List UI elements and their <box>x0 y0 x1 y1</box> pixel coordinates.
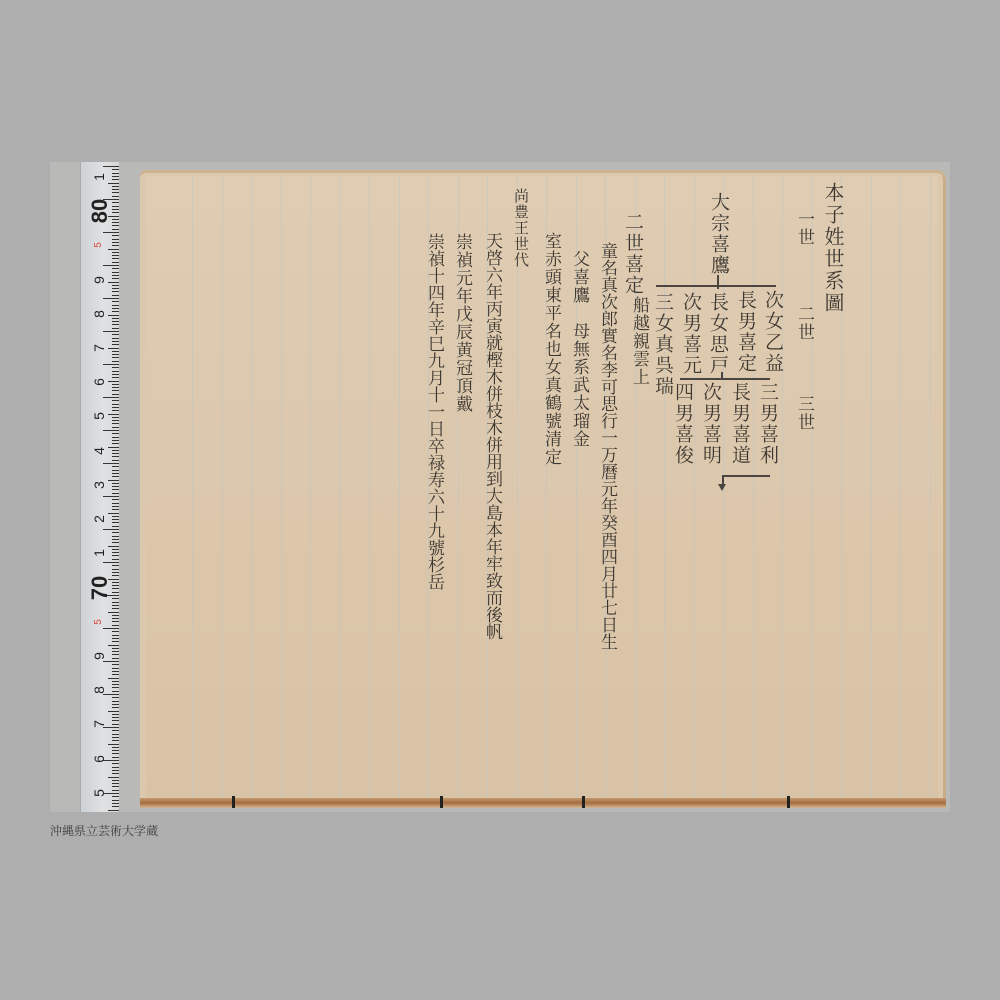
ruler-tick <box>112 433 119 434</box>
ruler-tick <box>112 235 119 236</box>
tree-grandchild: 三男喜利 <box>757 382 779 466</box>
ruler-tick <box>112 242 119 243</box>
binding-stitch <box>582 796 585 808</box>
ruler-tick <box>112 440 119 441</box>
tree-connector <box>680 378 770 380</box>
ruler-tick <box>112 318 119 319</box>
ruler-tick <box>112 219 119 220</box>
ruler-tick <box>112 255 119 256</box>
ruler-tick <box>112 225 119 226</box>
bio-line: 父喜鷹 母無系武太瑠金 <box>568 250 590 448</box>
ruler-tick <box>112 456 119 457</box>
ruler-tick <box>108 711 119 712</box>
ruler-tick <box>112 516 119 517</box>
ruler-tick <box>103 463 119 464</box>
ruler-tick <box>112 466 119 467</box>
ruler-tick <box>108 678 119 679</box>
ruler-tick <box>112 780 119 781</box>
ruler-tick <box>112 582 119 583</box>
ruler-tick <box>112 460 119 461</box>
tree-spouse-note: 船越親雲上 <box>628 296 650 386</box>
ruler-label: 5 <box>92 612 106 632</box>
tree-child: 長女思戸 <box>707 292 729 376</box>
page-rule-line <box>192 176 193 798</box>
page-rule-line <box>399 176 400 798</box>
ruler-tick <box>112 631 119 632</box>
ruler-tick <box>112 532 119 533</box>
generation-2-label: 二世 <box>793 305 815 341</box>
ruler-tick <box>112 192 119 193</box>
ruler-tick <box>112 420 119 421</box>
ruler-tick <box>112 272 119 273</box>
ruler-tick <box>112 357 119 358</box>
tree-founder: 大宗喜鷹 <box>708 192 730 276</box>
ruler-tick <box>112 486 119 487</box>
ruler-tick <box>112 522 119 523</box>
ruler-tick <box>112 377 119 378</box>
bio-line: 天啓六年丙寅就樫木併枝木併用到大島本年牢致而後帆 <box>481 232 503 640</box>
ruler-tick <box>112 239 119 240</box>
ruler-tick <box>112 176 119 177</box>
ruler-tick <box>112 767 119 768</box>
document-title: 本子姓世系圖 <box>822 182 844 314</box>
page-rule-line <box>812 176 813 798</box>
page-rule-line <box>281 176 282 798</box>
ruler-tick <box>112 714 119 715</box>
ruler-tick <box>112 186 119 187</box>
ruler-tick <box>112 734 119 735</box>
tree-grandchild: 長男喜道 <box>729 382 751 466</box>
page-rule-line <box>369 176 370 798</box>
page-rule-line <box>340 176 341 798</box>
ruler-tick <box>112 384 119 385</box>
ruler-tick <box>112 674 119 675</box>
ruler-tick <box>103 397 119 398</box>
ruler-tick <box>103 364 119 365</box>
ruler-tick <box>112 410 119 411</box>
ruler-tick <box>112 400 119 401</box>
ruler-tick <box>112 305 119 306</box>
ruler-label: 5 <box>92 406 106 426</box>
ruler-tick <box>112 790 119 791</box>
ruler-tick <box>112 450 119 451</box>
ruler-label: 6 <box>92 749 106 769</box>
ruler-tick <box>112 354 119 355</box>
tree-connector <box>717 275 719 289</box>
ruler-tick <box>112 476 119 477</box>
ruler-tick <box>112 262 119 263</box>
ruler-tick <box>112 783 119 784</box>
ruler-tick <box>112 417 119 418</box>
ruler-tick <box>108 282 119 283</box>
binding-stitch <box>787 796 790 808</box>
ruler-tick <box>112 658 119 659</box>
ruler-tick <box>112 245 119 246</box>
ruler-tick <box>112 252 119 253</box>
ruler-tick <box>112 757 119 758</box>
ruler-label: 7 <box>92 338 106 358</box>
ruler-tick <box>112 569 119 570</box>
ruler-label: 7 <box>92 714 106 734</box>
tree-child: 次男喜元 <box>680 292 702 376</box>
ruler-tick <box>112 489 119 490</box>
ruler-tick <box>112 268 119 269</box>
ruler-tick <box>112 773 119 774</box>
ruler-tick <box>112 526 119 527</box>
ruler-tick <box>108 744 119 745</box>
ruler-tick <box>112 341 119 342</box>
ruler-tick <box>112 321 119 322</box>
ruler-tick <box>112 588 119 589</box>
ruler-tick <box>112 806 119 807</box>
ruler-tick <box>112 423 119 424</box>
ruler-tick <box>112 542 119 543</box>
ruler-tick <box>112 390 119 391</box>
page-rule-line <box>871 176 872 798</box>
ruler-tick <box>112 549 119 550</box>
ruler-tick <box>112 394 119 395</box>
ruler-tick <box>112 404 119 405</box>
ruler-tick <box>112 374 119 375</box>
ruler-tick <box>112 671 119 672</box>
ruler-tick <box>108 612 119 613</box>
ruler-tick <box>112 565 119 566</box>
reign-label: 尚豊王世代 <box>510 188 532 268</box>
continuation-arrow-icon <box>718 484 726 491</box>
ruler-tick <box>103 331 119 332</box>
ruler-tick <box>112 638 119 639</box>
ruler-label: 2 <box>92 509 106 529</box>
ruler-tick <box>112 800 119 801</box>
ruler-tick <box>112 206 119 207</box>
ruler-tick <box>112 559 119 560</box>
tree-grandchild: 次男喜明 <box>700 382 722 466</box>
ruler-tick <box>103 430 119 431</box>
ruler-tick <box>112 351 119 352</box>
ruler-tick <box>112 552 119 553</box>
ruler-tick <box>112 169 119 170</box>
ruler-tick <box>112 473 119 474</box>
ruler-tick <box>112 334 119 335</box>
ruler-tick <box>103 265 119 266</box>
ruler-label: 5 <box>92 783 106 803</box>
ruler-tick <box>112 222 119 223</box>
ruler-tick <box>112 258 119 259</box>
ruler-tick <box>112 602 119 603</box>
tree-grandchild: 四男喜俊 <box>672 382 694 466</box>
ruler-tick <box>112 443 119 444</box>
ruler-tick <box>112 493 119 494</box>
ruler-tick <box>112 427 119 428</box>
ruler-tick <box>112 301 119 302</box>
ruler-tick <box>112 687 119 688</box>
ruler-tick <box>112 209 119 210</box>
ruler-tick <box>112 796 119 797</box>
tree-child: 次女乙益 <box>762 290 784 374</box>
ruler-tick <box>103 496 119 497</box>
ruler-tick <box>108 810 119 811</box>
ruler-tick <box>112 453 119 454</box>
ruler-tick <box>112 387 119 388</box>
ruler-tick <box>112 324 119 325</box>
ruler-tick <box>112 499 119 500</box>
ruler-tick <box>112 212 119 213</box>
collection-credit: 沖縄県立芸術大学蔵 <box>50 822 158 839</box>
page-rule-line <box>900 176 901 798</box>
ruler-label: 80 <box>93 198 107 224</box>
ruler-tick <box>112 509 119 510</box>
ruler-tick <box>112 648 119 649</box>
ruler-tick <box>112 585 119 586</box>
ruler-tick <box>108 645 119 646</box>
ruler-label: 8 <box>92 680 106 700</box>
ruler-tick <box>112 704 119 705</box>
ruler-tick <box>103 529 119 530</box>
page-rule-line <box>664 176 665 798</box>
ruler-tick <box>112 338 119 339</box>
ruler-label: 8 <box>92 304 106 324</box>
ruler-tick <box>112 608 119 609</box>
bio-line: 崇禎十四年辛巳九月十一日卒禄寿六十九號杉岳 <box>423 233 445 590</box>
ruler-tick <box>112 555 119 556</box>
page-rule-line <box>782 176 783 798</box>
ruler-tick <box>112 229 119 230</box>
ruler-tick <box>108 315 119 316</box>
ruler-label: 3 <box>92 475 106 495</box>
ruler-tick <box>112 344 119 345</box>
page-rule-line <box>930 176 931 798</box>
ruler-tick <box>112 536 119 537</box>
ruler-tick <box>112 202 119 203</box>
ruler-tick <box>103 232 119 233</box>
ruler-tick <box>112 717 119 718</box>
ruler-tick <box>112 651 119 652</box>
ruler-tick <box>112 470 119 471</box>
ruler-tick <box>108 513 119 514</box>
binding-stitch <box>440 796 443 808</box>
ruler-tick <box>108 183 119 184</box>
ruler-tick <box>112 740 119 741</box>
ruler-tick <box>112 519 119 520</box>
ruler-tick <box>112 285 119 286</box>
ruler-tick <box>112 750 119 751</box>
ruler-tick <box>112 605 119 606</box>
ruler-tick <box>112 407 119 408</box>
tree-connector <box>656 285 776 287</box>
ruler-tick <box>112 730 119 731</box>
ruler-tick <box>112 278 119 279</box>
ruler-tick <box>112 803 119 804</box>
ruler-tick <box>112 641 119 642</box>
generation-3-label: 三世 <box>793 395 815 431</box>
ruler-tick <box>112 196 119 197</box>
page-rule-line <box>753 176 754 798</box>
ruler-tick <box>112 308 119 309</box>
ruler-tick <box>112 770 119 771</box>
ruler-tick <box>112 506 119 507</box>
ruler-tick <box>112 291 119 292</box>
ruler-tick <box>112 328 119 329</box>
ruler-tick <box>112 572 119 573</box>
ruler-tick <box>112 621 119 622</box>
ruler-tick <box>112 437 119 438</box>
ruler-tick <box>112 786 119 787</box>
ruler-tick <box>112 598 119 599</box>
bio-line: 童名真次郎實名李可思行一万曆元年癸酉四月廿七日生 <box>596 242 618 650</box>
ruler-tick <box>112 615 119 616</box>
page-rule-line <box>251 176 252 798</box>
ruler-tick <box>112 737 119 738</box>
section-heading: 二世喜定 <box>622 212 644 296</box>
ruler-tick <box>112 691 119 692</box>
ruler-tick <box>108 777 119 778</box>
tree-connector <box>722 475 770 477</box>
binding-stitch <box>232 796 235 808</box>
ruler-label: 4 <box>92 441 106 461</box>
ruler-tick <box>108 348 119 349</box>
ruler-tick <box>108 480 119 481</box>
ruler-tick <box>112 763 119 764</box>
ruler-tick <box>112 654 119 655</box>
ruler-tick <box>108 414 119 415</box>
ruler-tick <box>112 592 119 593</box>
ruler-tick <box>112 664 119 665</box>
ruler-tick <box>112 724 119 725</box>
ruler-tick <box>112 288 119 289</box>
ruler-tick <box>112 483 119 484</box>
ruler-label: 9 <box>92 270 106 290</box>
ruler-tick <box>108 381 119 382</box>
ruler-tick <box>112 720 119 721</box>
ruler-tick <box>108 546 119 547</box>
ruler-label: 9 <box>92 646 106 666</box>
measuring-ruler: 180598765432170598765 <box>80 162 119 812</box>
ruler-tick <box>112 681 119 682</box>
page-rule-line <box>694 176 695 798</box>
ruler-tick <box>112 618 119 619</box>
ruler-tick <box>112 747 119 748</box>
bio-line: 室赤頭東平名也女真鶴號清定 <box>540 232 562 466</box>
page-rule-line <box>310 176 311 798</box>
ruler-label: 5 <box>92 235 106 255</box>
ruler-tick <box>112 367 119 368</box>
ruler-tick <box>112 503 119 504</box>
tree-child: 長男喜定 <box>735 290 757 374</box>
ruler-tick <box>112 295 119 296</box>
page-bottom-edge <box>140 798 946 808</box>
page-rule-line <box>517 176 518 798</box>
ruler-tick <box>112 753 119 754</box>
ruler-tick <box>103 298 119 299</box>
ruler-label: 6 <box>92 372 106 392</box>
ruler-tick <box>108 447 119 448</box>
ruler-tick <box>112 575 119 576</box>
ruler-tick <box>112 701 119 702</box>
ruler-tick <box>112 173 119 174</box>
ruler-tick <box>112 668 119 669</box>
ruler-tick <box>112 361 119 362</box>
ruler-tick <box>112 539 119 540</box>
ruler-tick <box>108 249 119 250</box>
tree-child: 三女真呉瑞 <box>652 292 674 397</box>
ruler-label: 1 <box>92 543 106 563</box>
ruler-tick <box>112 179 119 180</box>
ruler-tick <box>112 635 119 636</box>
ruler-tick <box>112 707 119 708</box>
ruler-tick <box>112 371 119 372</box>
generation-1-label: 一世 <box>793 210 815 246</box>
ruler-tick <box>112 684 119 685</box>
ruler-tick <box>112 275 119 276</box>
ruler-tick <box>112 189 119 190</box>
bio-line: 崇禎元年戊辰黄冠頂戴 <box>451 233 473 413</box>
page-rule-line <box>222 176 223 798</box>
ruler-label: 70 <box>93 575 107 601</box>
ruler-tick <box>112 311 119 312</box>
ruler-tick <box>112 625 119 626</box>
ruler-label: 1 <box>92 167 106 187</box>
ruler-tick <box>112 697 119 698</box>
